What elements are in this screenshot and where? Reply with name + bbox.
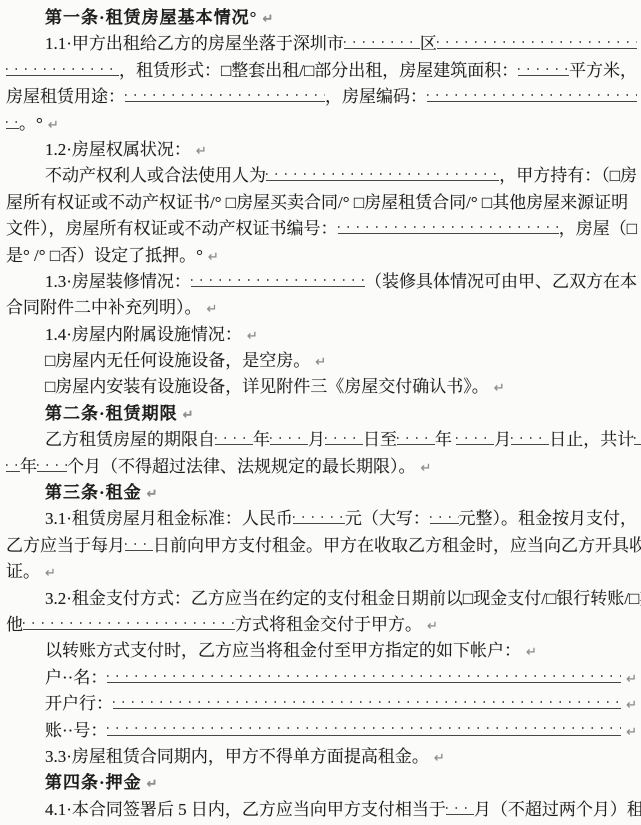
text-run: 现金支付/ — [473, 586, 546, 612]
contract-line: 以转账方式支付时，乙方应当将租金付至甲方指定的如下帐户：↵ — [6, 638, 637, 664]
text-run: 1.1·甲方出租给乙方的房屋坐落于深圳市 — [45, 31, 344, 57]
paragraph-mark-icon: ↵ — [310, 350, 326, 376]
checkbox-icon: □ — [627, 216, 637, 242]
contract-body: 第一条·租赁房屋基本情况°↵1.1·甲方出租给乙方的房屋坐落于深圳市区，租赁形式… — [6, 5, 637, 823]
contract-line: 房屋租赁用途：，房屋编码： — [6, 84, 637, 110]
text-run: 乙方租赁房屋的期限自 — [45, 427, 215, 453]
text-run: 4.1·本合同签署后 5 日内，乙方应当向甲方支付相当于 — [45, 797, 446, 823]
checkbox-icon: □ — [45, 348, 55, 374]
contract-line: 账··号：↵ — [6, 718, 637, 744]
text-run: 3.3·房屋租赁合同期内，甲方不得单方面提高租金。 — [45, 744, 429, 770]
text-run: 房屋买卖合同/° — [236, 190, 354, 216]
contract-line: 户··名：↵ — [6, 665, 637, 691]
contract-line: 1.2·房屋权属状况：↵ — [6, 137, 637, 163]
text-run: 月（不超过两个月）租金的 — [474, 797, 641, 823]
checkbox-icon: □ — [221, 58, 231, 84]
contract-line: 3.1·租赁房屋月租金标准：人民币元（大写：元整）。租金按月支付， — [6, 506, 637, 532]
text-run: 不动产权利人或合法使用人为 — [45, 163, 266, 189]
paragraph-mark-icon: ↵ — [43, 113, 59, 139]
paragraph-mark-icon: ↵ — [142, 482, 159, 508]
contract-line: 开户行：↵ — [6, 691, 637, 717]
blank-field — [511, 431, 549, 445]
text-run: 他 — [6, 612, 23, 638]
text-run: 日止，共计 — [549, 427, 634, 453]
text-run: 1.2·房屋权属状况： — [45, 137, 191, 163]
blank-field — [427, 88, 637, 102]
checkbox-icon: □ — [482, 190, 492, 216]
paragraph-mark-icon: ↵ — [202, 297, 218, 323]
blank-field — [23, 616, 235, 630]
paragraph-mark-icon: ↵ — [422, 614, 438, 640]
text-run: 文件），房屋所有权证或不动产权证书编号： — [6, 216, 338, 242]
section-heading-line: 第四条·押金↵ — [6, 770, 637, 796]
blank-field — [6, 115, 19, 129]
text-run: （装修具体情况可由甲、乙双方在本 — [365, 269, 637, 295]
blank-field — [191, 273, 365, 287]
blank-field — [293, 510, 345, 524]
checkbox-icon: □ — [226, 190, 236, 216]
contract-line: 乙方租赁房屋的期限自年月日至年 月日止，共计 — [6, 427, 637, 453]
blank-field — [6, 62, 119, 76]
contract-line: 文件），房屋所有权证或不动产权证书编号：，房屋（□ — [6, 216, 637, 242]
text-run: 否）设定了抵押。° — [60, 243, 203, 269]
text-run: 平方米， — [569, 58, 637, 84]
text-run: 1.4·房屋内附属设施情况： — [45, 322, 242, 348]
blank-field — [437, 35, 637, 49]
paragraph-mark-icon: ↵ — [429, 746, 445, 772]
text-run: 元整）。租金按月支付， — [459, 506, 638, 532]
contract-line: 1.4·房屋内附属设施情况：↵ — [6, 322, 637, 348]
text-run: 1.3·房屋装修情况： — [45, 269, 191, 295]
contract-line: 他方式将租金交付于甲方。↵ — [6, 612, 637, 638]
blank-field — [270, 431, 308, 445]
text-run: 整套出租/ — [231, 58, 304, 84]
text-run: 日前向甲方支付租金。甲方在收取乙方租金时，应当向乙方开具收款凭 — [153, 533, 641, 559]
contract-line: 1.3·房屋装修情况：（装修具体情况可由甲、乙双方在本 — [6, 269, 637, 295]
text-run: 屋所有权证或不动产权证书/° — [6, 190, 226, 216]
text-run: 第一条·租赁房屋基本情况° — [45, 5, 257, 31]
paragraph-mark-icon: ↵ — [621, 693, 637, 719]
paragraph-mark-icon: ↵ — [203, 245, 219, 271]
paragraph-mark-icon: ↵ — [178, 403, 195, 429]
contract-line: 3.3·房屋租赁合同期内，甲方不得单方面提高租金。↵ — [6, 744, 637, 770]
contract-line: 年个月（不得超过法律、法规规定的最长期限）。↵ — [6, 454, 637, 480]
blank-field — [107, 669, 621, 683]
section-heading-line: 第一条·租赁房屋基本情况°↵ — [6, 5, 637, 31]
text-run: 月 — [494, 427, 511, 453]
contract-line: 证。↵ — [6, 559, 637, 585]
contract-line: ，租赁形式：□整套出租/□部分出租，房屋建筑面积：平方米， — [6, 58, 637, 84]
contract-line: 。°↵ — [6, 111, 637, 137]
text-run: 第二条·租赁期限 — [45, 401, 178, 427]
text-run: 3.1·租赁房屋月租金标准：人民币 — [45, 506, 293, 532]
checkbox-icon: □ — [610, 163, 620, 189]
checkbox-icon: □ — [50, 243, 60, 269]
text-run: ，租赁形式： — [119, 58, 221, 84]
blank-field — [113, 695, 621, 709]
text-run: 房屋内安装有设施设备，详见附件三《房屋交付确认书》。 — [55, 374, 489, 400]
paragraph-mark-icon: ↵ — [40, 561, 56, 587]
contract-line: 是° /° □否）设定了抵押。°↵ — [6, 243, 637, 269]
blank-field — [37, 458, 67, 472]
contract-page: 第一条·租赁房屋基本情况°↵1.1·甲方出租给乙方的房屋坐落于深圳市区，租赁形式… — [0, 0, 641, 825]
text-run: 以转账方式支付时，乙方应当将租金付至甲方指定的如下帐户： — [45, 638, 521, 664]
blank-field — [107, 722, 621, 736]
text-run: 乙方应当于每月 — [6, 533, 125, 559]
text-run: 年 — [20, 454, 37, 480]
text-run: 开户行： — [45, 691, 113, 717]
contract-line: 不动产权利人或合法使用人为，甲方持有：（□房 — [6, 163, 637, 189]
blank-field — [325, 431, 363, 445]
text-run: 个月（不得超过法律、法规规定的最长期限）。 — [67, 454, 416, 480]
text-run: 年 — [435, 427, 456, 453]
checkbox-icon: □ — [354, 190, 364, 216]
blank-field — [6, 458, 20, 472]
text-run: 第三条·租金 — [45, 480, 142, 506]
paragraph-mark-icon: ↵ — [621, 720, 637, 746]
checkbox-icon: □ — [629, 586, 639, 612]
paragraph-mark-icon: ↵ — [489, 376, 505, 402]
text-run: 证。 — [6, 559, 40, 585]
text-run: ，房屋编码： — [325, 84, 427, 110]
section-heading-line: 第三条·租金↵ — [6, 480, 637, 506]
blank-field — [518, 62, 569, 76]
text-run: 区 — [420, 31, 437, 57]
contract-line: □房屋内安装有设施设备，详见附件三《房屋交付确认书》。↵ — [6, 374, 637, 400]
text-run: 户··名： — [45, 665, 107, 691]
paragraph-mark-icon: ↵ — [242, 324, 258, 350]
text-run: 合同附件二中补充列明）。 — [6, 295, 202, 321]
text-run: 月 — [308, 427, 325, 453]
paragraph-mark-icon: ↵ — [521, 640, 537, 666]
text-run: 房屋租赁合同/° — [364, 190, 482, 216]
blank-field — [430, 510, 459, 524]
paragraph-mark-icon: ↵ — [621, 667, 637, 693]
text-run: 年 — [253, 427, 270, 453]
text-run: 3.2·租金支付方式：乙方应当在约定的支付租金日期前以 — [45, 586, 463, 612]
contract-line: 屋所有权证或不动产权证书/° □房屋买卖合同/° □房屋租赁合同/° □其他房屋… — [6, 190, 637, 216]
paragraph-mark-icon: ↵ — [257, 7, 274, 33]
text-run: 部分出租，房屋建筑面积： — [314, 58, 518, 84]
text-run: 第四条·押金 — [45, 770, 142, 796]
contract-line: □房屋内无任何设施设备，是空房。↵ — [6, 348, 637, 374]
text-run: 其他房屋来源证明 — [492, 190, 628, 216]
checkbox-icon: □ — [45, 374, 55, 400]
text-run: 房 — [620, 163, 637, 189]
text-run: 方式将租金交付于甲方。 — [235, 612, 422, 638]
paragraph-mark-icon: ↵ — [191, 139, 207, 165]
contract-line: 3.2·租金支付方式：乙方应当在约定的支付租金日期前以□现金支付/□银行转账/□… — [6, 586, 637, 612]
contract-line: 合同附件二中补充列明）。↵ — [6, 295, 637, 321]
text-run: 银行转账/ — [556, 586, 629, 612]
contract-line: 4.1·本合同签署后 5 日内，乙方应当向甲方支付相当于月（不超过两个月）租金的 — [6, 797, 637, 823]
blank-field — [215, 431, 253, 445]
text-run: 账··号： — [45, 718, 107, 744]
blank-field — [397, 431, 435, 445]
blank-field — [344, 35, 420, 49]
text-run: 房屋内无任何设施设备，是空房。 — [55, 348, 310, 374]
blank-field — [338, 220, 559, 234]
text-run: ，甲方持有：（ — [499, 163, 610, 189]
checkbox-icon: □ — [546, 586, 556, 612]
contract-line: 乙方应当于每月日前向甲方支付租金。甲方在收取乙方租金时，应当向乙方开具收款凭 — [6, 533, 637, 559]
text-run: ，房屋（ — [559, 216, 627, 242]
text-run: 元（大写： — [345, 506, 430, 532]
paragraph-mark-icon: ↵ — [142, 772, 159, 798]
blank-field — [456, 431, 494, 445]
checkbox-icon: □ — [304, 58, 314, 84]
checkbox-icon: □ — [463, 586, 473, 612]
text-run: 房屋租赁用途： — [6, 84, 125, 110]
text-run: 是° /° — [6, 243, 50, 269]
paragraph-mark-icon: ↵ — [416, 456, 432, 482]
blank-field — [446, 801, 474, 815]
blank-field — [634, 431, 641, 445]
contract-line: 1.1·甲方出租给乙方的房屋坐落于深圳市区 — [6, 31, 637, 57]
section-heading-line: 第二条·租赁期限↵ — [6, 401, 637, 427]
blank-field — [125, 537, 153, 551]
text-run: 。° — [19, 111, 43, 137]
text-run: 日至 — [363, 427, 397, 453]
blank-field — [266, 167, 499, 181]
blank-field — [125, 88, 325, 102]
